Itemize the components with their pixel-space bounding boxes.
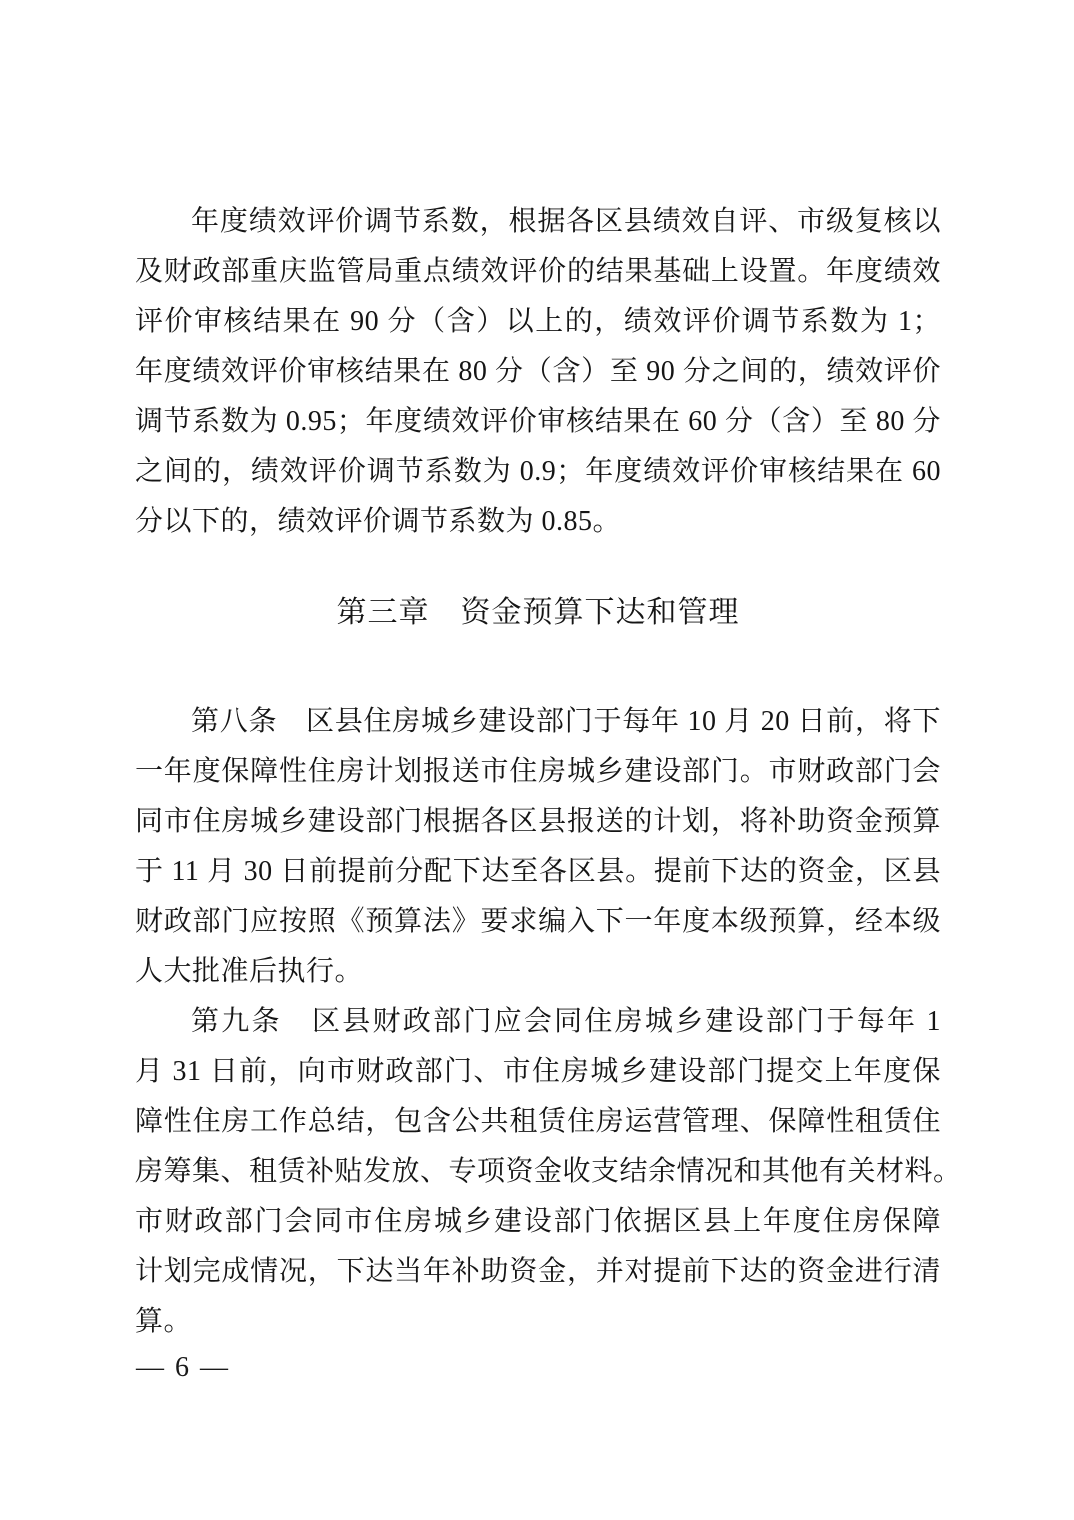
document-body: 年度绩效评价调节系数，根据各区县绩效自评、市级复核以 及财政部重庆监管局重点绩效…: [135, 197, 941, 1347]
document-page: 年度绩效评价调节系数，根据各区县绩效自评、市级复核以 及财政部重庆监管局重点绩效…: [0, 0, 1074, 1520]
text-line: 一年度保障性住房计划报送市住房城乡建设部门。市财政部门会: [135, 747, 941, 797]
text-line: 同市住房城乡建设部门根据各区县报送的计划，将补助资金预算: [135, 797, 941, 847]
paragraph-performance-coefficient: 年度绩效评价调节系数，根据各区县绩效自评、市级复核以 及财政部重庆监管局重点绩效…: [135, 197, 941, 547]
text-line: 第八条 区县住房城乡建设部门于每年 10 月 20 日前，将下: [135, 697, 941, 747]
text-line: 障性住房工作总结，包含公共租赁住房运营管理、保障性租赁住: [135, 1097, 941, 1147]
text-line: 年度绩效评价审核结果在 80 分（含）至 90 分之间的，绩效评价: [135, 347, 941, 397]
text-line: 房筹集、租赁补贴发放、专项资金收支结余情况和其他有关材料。: [135, 1147, 941, 1197]
text-line: 市财政部门会同市住房城乡建设部门依据区县上年度住房保障: [135, 1197, 941, 1247]
text-line: 月 31 日前，向市财政部门、市住房城乡建设部门提交上年度保: [135, 1047, 941, 1097]
paragraph-article-9: 第九条 区县财政部门应会同住房城乡建设部门于每年 1 月 31 日前，向市财政部…: [135, 997, 941, 1347]
text-line: 于 11 月 30 日前提前分配下达至各区县。提前下达的资金，区县: [135, 847, 941, 897]
paragraph-article-8: 第八条 区县住房城乡建设部门于每年 10 月 20 日前，将下 一年度保障性住房…: [135, 697, 941, 997]
text-line: 及财政部重庆监管局重点绩效评价的结果基础上设置。年度绩效: [135, 247, 941, 297]
text-line: 评价审核结果在 90 分（含）以上的，绩效评价调节系数为 1；: [135, 297, 941, 347]
text-line: 财政部门应按照《预算法》要求编入下一年度本级预算，经本级: [135, 897, 941, 947]
text-line: 调节系数为 0.95；年度绩效评价审核结果在 60 分（含）至 80 分: [135, 397, 941, 447]
page-number: — 6 —: [136, 1348, 230, 1388]
text-line: 年度绩效评价调节系数，根据各区县绩效自评、市级复核以: [135, 197, 941, 247]
text-line: 计划完成情况，下达当年补助资金，并对提前下达的资金进行清: [135, 1247, 941, 1297]
text-line: 第九条 区县财政部门应会同住房城乡建设部门于每年 1: [135, 997, 941, 1047]
text-line: 人大批准后执行。: [135, 947, 941, 997]
text-line: 之间的，绩效评价调节系数为 0.9；年度绩效评价审核结果在 60: [135, 447, 941, 497]
text-line: 算。: [135, 1297, 941, 1347]
text-line: 分以下的，绩效评价调节系数为 0.85。: [135, 497, 941, 547]
chapter-heading: 第三章 资金预算下达和管理: [135, 588, 941, 638]
